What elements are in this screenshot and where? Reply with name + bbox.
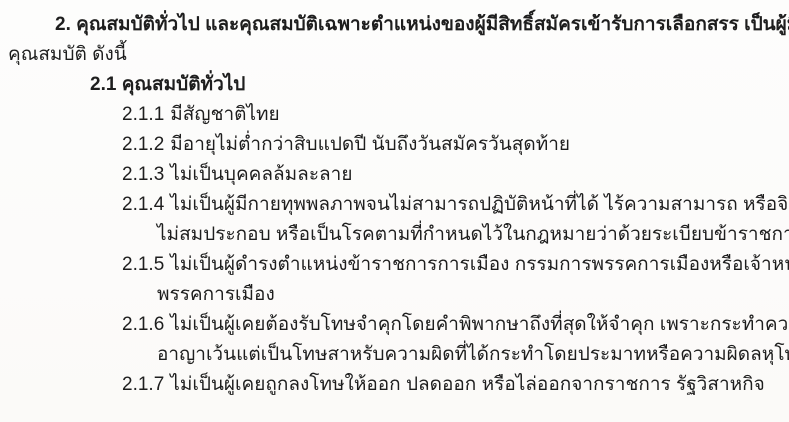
list-item-2-1-1: 2.1.1มีสัญชาติไทย bbox=[0, 100, 789, 130]
item-text: ไม่เป็นผู้เคยต้องรับโทษจำคุกโดยคำพิพากษา… bbox=[170, 314, 789, 335]
item-text: มีสัญชาติไทย bbox=[170, 104, 279, 125]
item-number: 2.1.7 bbox=[122, 374, 164, 395]
item-text: ไม่เป็นบุคคลล้มละลาย bbox=[170, 164, 352, 185]
list-item-2-1-2: 2.1.2มีอายุไม่ต่ำกว่าสิบแปดปี นับถึงวันส… bbox=[0, 130, 789, 160]
item-number: 2.1.1 bbox=[122, 104, 164, 125]
item-number: 2.1.3 bbox=[122, 164, 164, 185]
list-item-2-1-5-continuation: พรรคการเมือง bbox=[0, 280, 789, 310]
item-text: ไม่เป็นผู้มีกายทุพพลภาพจนไม่สามารถปฏิบัต… bbox=[170, 194, 789, 215]
item-number: 2.1.2 bbox=[122, 134, 164, 155]
section-heading-line-2: คุณสมบัติ ดังนี้ bbox=[0, 40, 789, 70]
item-text: มีอายุไม่ต่ำกว่าสิบแปดปี นับถึงวันสมัครว… bbox=[170, 134, 570, 155]
item-number: 2.1.4 bbox=[122, 194, 164, 215]
item-number: 2.1.6 bbox=[122, 314, 164, 335]
list-item-2-1-7: 2.1.7ไม่เป็นผู้เคยถูกลงโทษให้ออก ปลดออก … bbox=[0, 370, 789, 400]
list-item-2-1-4-continuation: ไม่สมประกอบ หรือเป็นโรคตามที่กำหนดไว้ในก… bbox=[0, 220, 789, 250]
list-item-2-1-3: 2.1.3ไม่เป็นบุคคลล้มละลาย bbox=[0, 160, 789, 190]
item-number: 2.1.5 bbox=[122, 254, 164, 275]
list-item-2-1-6: 2.1.6ไม่เป็นผู้เคยต้องรับโทษจำคุกโดยคำพิ… bbox=[0, 310, 789, 340]
list-item-2-1-4: 2.1.4ไม่เป็นผู้มีกายทุพพลภาพจนไม่สามารถป… bbox=[0, 190, 789, 220]
section-heading-line-1: 2. คุณสมบัติทั่วไป และคุณสมบัติเฉพาะตำแห… bbox=[0, 10, 789, 40]
list-item-2-1-5: 2.1.5ไม่เป็นผู้ดำรงตำแหน่งข้าราชการการเม… bbox=[0, 250, 789, 280]
subsection-heading: 2.1 คุณสมบัติทั่วไป bbox=[0, 70, 789, 100]
item-text: ไม่เป็นผู้เคยถูกลงโทษให้ออก ปลดออก หรือไ… bbox=[170, 374, 765, 395]
item-text: ไม่เป็นผู้ดำรงตำแหน่งข้าราชการการเมือง ก… bbox=[170, 254, 789, 275]
list-item-2-1-6-continuation: อาญาเว้นแต่เป็นโทษสาหรับความผิดที่ได้กระ… bbox=[0, 340, 789, 370]
document-page: 2. คุณสมบัติทั่วไป และคุณสมบัติเฉพาะตำแห… bbox=[0, 0, 789, 422]
